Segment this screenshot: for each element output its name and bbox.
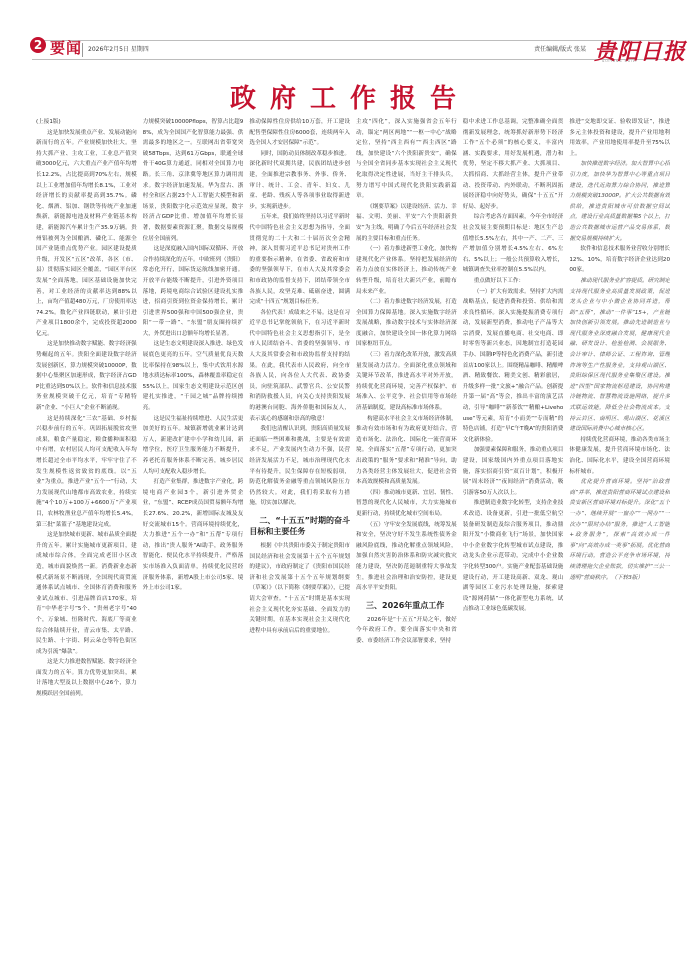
text-column-2: 力规模突破10000Pflops，智算占比超98%，成为全国国产化智算能力最强、… <box>143 117 244 955</box>
article-headline: 政府工作报告 <box>0 78 700 115</box>
paragraph: 主攻“四化”，深入实施强省会五年行动，锚定“两区两地”“一枢一中心”战略定位，坚… <box>356 117 457 202</box>
article-body: (上接1版)这是加快发展重点产业、发展动能向新而行的五年。产业规模加快壮大。坚持… <box>36 117 670 955</box>
paragraph: 各位代表！成绩来之不易。这是在习近平总书记掌舵领航下，在习近平新时代中国特色社会… <box>249 308 350 425</box>
paragraph: 稳中求进工作总基调，完整准确全面贯彻新发展理念，统筹抓好新形势下经济工作“五个必… <box>463 117 564 212</box>
paragraph: 这是大力推进数智赋能、数字经济全面发力的五年。算力优势更加突出，累计落地大型及以… <box>36 657 137 699</box>
paragraph: 我们也清醒认识到，贵阳高质量发展还面临一些困难和挑战，主要是有效需求不足，产业发… <box>249 424 350 509</box>
paragraph: （四）推动城市更新、宜居、韧性、智慧的现代化人民城市，大力实施城市更新行动，持续… <box>356 488 457 520</box>
page-masthead: 2 要闻 2026年2月5日 星期四 责任编辑/版式 张某 <box>32 40 672 60</box>
text-column-6: 推进“交地即交证、验收即发证”，推进多元主体投资和建设，提升产业用地利用效率，产… <box>569 117 670 955</box>
paragraph: 加快推进数字经济。加大智算中心招引力度，加快华为智算中心等重点项目建设，迭代近海… <box>569 159 670 244</box>
paragraph: 打造产业集群，推进数字产业化，跨境电商产业园3个，新引进外贸企业，“东盟”、RC… <box>143 477 244 594</box>
paragraph: （二）着力推进数字经济发展，打造全国算力保障基地。深入实施数字经济发展战略，推动… <box>356 297 457 350</box>
paragraph: 五年来，我们始终坚持以习近平新时代中国特色社会主义思想为指导，全面贯彻党的二十大… <box>249 212 350 307</box>
paragraph: 综合考虑各方面因素，今年全市经济社会发展主要预期目标是：地区生产总值增长5.5%… <box>463 212 564 276</box>
paragraph: 这是民生福祉持续增进、人民生活更加美好的五年。城镇新增就业累计达到万人，新建改扩… <box>143 414 244 478</box>
paragraph: （一）扩大有效需求。坚持扩大内需战略基点，促进消费和投资、供给和需求良性循环。深… <box>463 287 564 446</box>
paragraph: 这是加快推动数字赋能、数字经济强势崛起的五年。贵阳全面建设数字经济发展创新区，算… <box>36 339 137 413</box>
section-heading: 二、“十五五”时期的奋斗目标和主要任务 <box>249 515 350 537</box>
paragraph: 重点做好以下工作： <box>463 276 564 287</box>
paragraph: 这是生态文明建设深入推进、绿色发展底色更亮的五年。空气质量优良天数比率保持在98… <box>143 339 244 413</box>
text-column-4: 主攻“四化”，深入实施强省会五年行动，锚定“两区两地”“一枢一中心”战略定位，坚… <box>356 117 457 955</box>
paragraph: 优化提升营商环境。坚持“治政营商”并举，推进贵阳营商环境试点建设和贵安新区营商环… <box>569 477 670 583</box>
text-column-1: (上接1版)这是加快发展重点产业、发展动能向新而行的五年。产业规模加快壮大。坚持… <box>36 117 137 955</box>
paragraph: 这是持续深化“三农”基础、乡村振兴稳步前行的五年。巩固拓展脱贫攻坚成果，粮食产量… <box>36 414 137 531</box>
paragraph: (上接1版) <box>36 117 137 128</box>
paragraph: 持续优化营商环境，推动各类市场主体健康发展，提升营商环境市场化、法治化、国际化水… <box>569 435 670 477</box>
paragraph: 推动现代服务业扩容提质。研究制定支持现代服务业高质量发展政策，促进龙头企业与中小… <box>569 276 670 435</box>
editor-credit: 责任编辑/版式 张某 <box>534 44 586 53</box>
newspaper-logo-subtitle: GUIYANG DAILY <box>602 59 638 63</box>
paragraph: 推进制造业数字化转型，支持企业技术改造、设备更新，引进一批低空航空装备研发制造及… <box>463 498 564 615</box>
paragraph: 软件和信息技术服务业营收分别增长12%、10%，培育数字经济企业达到2000家。 <box>569 244 670 276</box>
masthead-divider <box>82 43 83 57</box>
paragraph: 2026年是“十五五”开局之年，做好今年政府工作，要全面落实中央和省委、市委经济… <box>356 615 457 647</box>
paragraph: 加强要素保障和服务，推动重点项目建设，国家级国内外重点项目落地实施，落实招商引资… <box>463 445 564 498</box>
paragraph: （一）着力推进新型工业化，加快构建现代化产业体系。坚持把发展经济的着力点放在实体… <box>356 244 457 297</box>
paragraph: （五）守牢安全发展底线，统筹发展和安全，坚决守好不发生系统性债务金融风险底线，推… <box>356 520 457 594</box>
page-number-badge: 2 <box>30 37 46 53</box>
paragraph: 构建高水平社会主义市场经济体制，推动有效市场和有为政府更好结合，营造市场化、法治… <box>356 414 457 488</box>
issue-date: 2026年2月5日 星期四 <box>88 44 149 53</box>
paragraph: 这是加快城市更新、城市品质全面提升的五年。累计实施城市更新项目，建成城市综合体，… <box>36 530 137 657</box>
paragraph: 力规模突破10000Pflops，智算占比超98%，成为全国国产化智算能力最强、… <box>143 117 244 244</box>
paragraph: 《纲要草案》以建设经济、活力、幸福、文明、美丽、平安“六个贵阳新贵安”为主线，明… <box>356 202 457 244</box>
text-column-3: 推动保障性住房供给10万套，开工建设配售型保障性住房6000套，连续两年入选全国… <box>249 117 350 955</box>
paragraph: 推动保障性住房供给10万套，开工建设配售型保障性住房6000套，连续两年入选全国… <box>249 117 350 149</box>
paragraph: 根据《中共贵阳市委关于制定贵阳市国民经济和社会发展第十五个五年规划的建议》，市政… <box>249 541 350 636</box>
paragraph: 推进“交地即交证、验收即发证”，推进多元主体投资和建设，提升产业用地利用效率，产… <box>569 117 670 159</box>
section-heading: 三、2026年重点工作 <box>356 600 457 611</box>
paragraph: （三）着力深化改革开放，激发高质量发展动力活力。全面深化重点领域和关键环节改革，… <box>356 350 457 414</box>
section-name: 要闻 <box>50 37 82 58</box>
paragraph: 同时，国防动员体制改革稳步推进。深化新时代双拥共建，民族团结进步创建，全面推进宗… <box>249 149 350 213</box>
text-column-5: 稳中求进工作总基调，完整准确全面贯彻新发展理念，统筹抓好新形势下经济工作“五个必… <box>463 117 564 955</box>
paragraph: 这是加快发展重点产业、发展动能向新而行的五年。产业规模加快壮大。坚持大抓产业、主… <box>36 128 137 340</box>
paragraph: 这是深度融入国内国际双循环、开放合作持续深化的五年。中欧班列（贵阳）常态化开行，… <box>143 244 244 339</box>
